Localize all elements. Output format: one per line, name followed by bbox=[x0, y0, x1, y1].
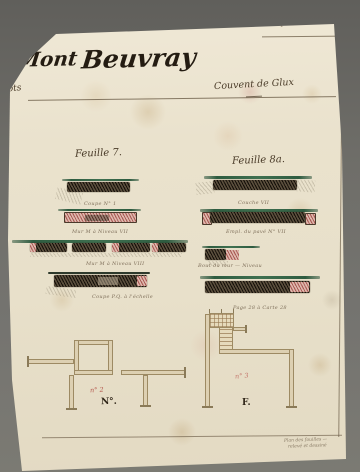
section3-right-pink-cap bbox=[226, 250, 239, 260]
left-plan-west-wall-end-tick bbox=[27, 356, 29, 367]
right-plan-top-tick-3 bbox=[233, 309, 234, 313]
right-plan-number-label: n° 3 bbox=[235, 372, 249, 381]
left-plan-mark: N°. bbox=[101, 397, 117, 408]
right-plan-hatched-square bbox=[209, 313, 234, 328]
left-plan-south-wall-2 bbox=[143, 375, 148, 406]
left-plan-room-bottom-wall bbox=[74, 370, 113, 375]
page-title-word-1: Mont bbox=[17, 46, 79, 72]
photo-background: Mont Beuvray llots Couvent de Glux f.lle… bbox=[0, 0, 360, 472]
right-plan-west-long-wall bbox=[205, 314, 210, 407]
right-plan-west-wall-end-tick bbox=[202, 406, 213, 408]
frame-line-top-right bbox=[262, 36, 342, 38]
section4-left-light-patch bbox=[98, 277, 118, 285]
section2-left-caption: Mur M à Niveau VII bbox=[72, 229, 128, 235]
right-sheet-heading: Feuille 8a. bbox=[232, 154, 285, 167]
paper-sheet: Mont Beuvray llots Couvent de Glux f.lle… bbox=[0, 0, 360, 472]
right-plan-mark: F. bbox=[242, 398, 251, 408]
left-plan-south-wall-1 bbox=[69, 375, 74, 409]
section2-left-hatch-bar bbox=[64, 212, 137, 223]
section1-right-caption: Couche VII bbox=[238, 200, 269, 206]
location-note: Couvent de Glux bbox=[214, 77, 294, 92]
section3-right-hatch-bar bbox=[205, 249, 226, 260]
left-sheet-heading: Feuille 7. bbox=[75, 147, 122, 160]
section2-right-hatch-bar bbox=[210, 212, 305, 223]
pencil-note-line2: 1 – 2 bbox=[280, 20, 295, 29]
section2-right-pink-right bbox=[305, 213, 316, 225]
section1-right-green-line bbox=[204, 176, 312, 179]
section4-left-pink-cap bbox=[137, 276, 147, 286]
section2-right-caption: Empl. du pavé N° VII bbox=[226, 229, 286, 235]
right-plan-east-wall-end-tick bbox=[286, 406, 297, 408]
section4-right-green-line bbox=[200, 276, 320, 279]
section3-left-pink2 bbox=[112, 243, 119, 252]
left-plan-south-wall-2-end-tick bbox=[140, 405, 151, 407]
section3-left-caption: Mur M à Niveau VIII bbox=[86, 261, 144, 267]
section1-right-hatch-bar bbox=[213, 180, 297, 190]
right-plan-stub-end-tick bbox=[245, 325, 247, 333]
section4-left-top-line bbox=[48, 272, 150, 274]
section3-left-pink3 bbox=[152, 243, 158, 252]
right-plan-stair-segment bbox=[219, 328, 233, 350]
section3-left-pink1 bbox=[30, 243, 36, 252]
section2-left-dark-patch bbox=[85, 215, 109, 221]
section4-right-caption: Page 28 à Carte 28 bbox=[233, 305, 287, 311]
left-plan-south-wall-1-end-tick bbox=[66, 408, 77, 410]
pencil-sketch-left bbox=[195, 181, 214, 195]
section3-left-segment3 bbox=[112, 243, 150, 252]
section2-left-green-line bbox=[58, 209, 141, 211]
frame-line-top bbox=[28, 96, 336, 101]
section3-left-segment2 bbox=[72, 243, 106, 252]
left-plan-number-label: n° 2 bbox=[90, 386, 104, 395]
pencil-smudge bbox=[46, 286, 77, 298]
right-plan-east-wall bbox=[289, 349, 294, 407]
edge-text-fragment: llots bbox=[2, 83, 22, 95]
pencil-note-line1: f.lle bbox=[281, 12, 295, 22]
section3-right-green-line bbox=[202, 246, 260, 248]
footer-note-line2: relevé et dessiné bbox=[288, 443, 327, 449]
right-plan-top-tick-2 bbox=[221, 309, 222, 313]
pencil-shadow bbox=[30, 253, 182, 257]
right-plan-north-wall bbox=[219, 349, 294, 354]
section4-left-hatch-bar bbox=[54, 275, 147, 287]
section1-left-green-line bbox=[62, 179, 139, 181]
section4-right-hatch-bar bbox=[205, 281, 310, 293]
section4-right-pink-cap bbox=[290, 282, 309, 292]
left-plan-east-wall bbox=[121, 370, 185, 375]
pencil-sketch-right bbox=[297, 179, 316, 193]
right-plan-top-tick-1 bbox=[209, 309, 210, 313]
left-plan-west-wall bbox=[28, 359, 74, 364]
left-plan-east-wall-end-tick bbox=[184, 367, 186, 378]
section1-left-hatch-bar bbox=[67, 182, 130, 192]
section1-left-caption: Coupe N° 1 bbox=[84, 201, 116, 207]
section4-left-caption: Coupe P.Q. à l'échelle bbox=[92, 294, 153, 300]
section3-left-segment1 bbox=[30, 243, 67, 252]
page-title-word-2: Beuvray bbox=[80, 43, 197, 75]
section3-right-caption: Bout du mur — Niveau bbox=[198, 263, 262, 269]
section3-left-segment4 bbox=[152, 243, 186, 252]
frame-line-right bbox=[338, 37, 342, 437]
